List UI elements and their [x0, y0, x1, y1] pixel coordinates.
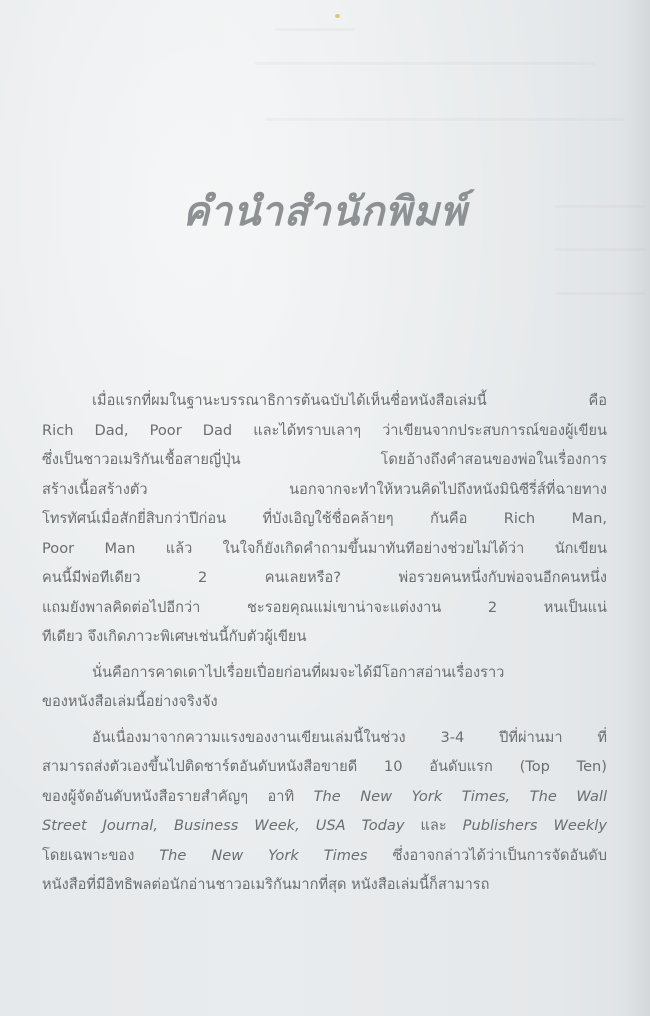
text-run: ของผู้จัดอันดับหนังสือรายสำคัญๆ อาทิ [42, 788, 314, 805]
text-run: คนนี้มีพ่อทีเดียว 2 คนเลยหรือ? พ่อรวยคนห… [42, 569, 607, 586]
text-line: สามารถส่งตัวเองขึ้นไปติดชาร์ตอันดับหนังส… [42, 752, 607, 782]
text-line: Street Journal, Business Week, USA Today… [42, 811, 607, 841]
paragraph: นั่นคือการคาดเดาไปเรื่อยเปื่อยก่อนที่ผมจ… [42, 658, 607, 717]
text-run: ของหนังสือเล่มนี้อย่างจริงจัง [42, 693, 218, 710]
text-run: โทรทัศน์เมื่อสักยี่สิบกว่าปีก่อน ที่บังเ… [42, 510, 607, 527]
text-line: ทีเดียว จึงเกิดภาวะพิเศษเช่นนี้กับตัวผู้… [42, 622, 607, 652]
text-run: ทีเดียว จึงเกิดภาวะพิเศษเช่นนี้กับตัวผู้… [42, 628, 306, 645]
text-run: แถมยังพาลคิดต่อไปอีกว่า ชะรอยคุณแม่เขาน่… [42, 599, 607, 616]
text-line: เมื่อแรกที่ผมในฐานะบรรณาธิการต้นฉบับได้เ… [42, 386, 607, 416]
text-line: โทรทัศน์เมื่อสักยี่สิบกว่าปีก่อน ที่บังเ… [42, 504, 607, 534]
italic-title-text: The New York Times, The Wall [314, 788, 607, 805]
bleed-through-mark [555, 292, 645, 295]
italic-title-text: The New York Times [159, 847, 367, 864]
text-run: เมื่อแรกที่ผมในฐานะบรรณาธิการต้นฉบับได้เ… [92, 392, 607, 409]
text-run: โดยเฉพาะของ [42, 847, 159, 864]
text-line: ซึ่งเป็นชาวอเมริกันเชื้อสายญี่ปุ่น โดยอ้… [42, 445, 607, 475]
text-run: สร้างเนื้อสร้างตัว นอกจากจะทำให้หวนคิดไป… [42, 481, 607, 498]
italic-title-text: Publishers Weekly [463, 817, 607, 834]
text-line: สร้างเนื้อสร้างตัว นอกจากจะทำให้หวนคิดไป… [42, 475, 607, 505]
paper-speck [335, 14, 340, 18]
page-title: คำนำสำนักพิมพ์ [0, 179, 650, 243]
page-edge-shadow [622, 0, 650, 1016]
text-line: หนังสือที่มีอิทธิพลต่อนักอ่านชาวอเมริกัน… [42, 870, 607, 900]
italic-title-text: Street Journal, Business Week, USA Today [42, 817, 405, 834]
bleed-through-mark [255, 62, 595, 65]
bleed-through-mark [275, 28, 355, 31]
text-run: นั่นคือการคาดเดาไปเรื่อยเปื่อยก่อนที่ผมจ… [92, 664, 504, 681]
text-run: สามารถส่งตัวเองขึ้นไปติดชาร์ตอันดับหนังส… [42, 758, 607, 775]
text-line: นั่นคือการคาดเดาไปเรื่อยเปื่อยก่อนที่ผมจ… [42, 658, 607, 688]
text-line: Rich Dad, Poor Dad และได้ทราบเลาๆ ว่าเขี… [42, 416, 607, 446]
text-line: อันเนื่องมาจากความแรงของงานเขียนเล่มนี้ใ… [42, 723, 607, 753]
text-line: ของผู้จัดอันดับหนังสือรายสำคัญๆ อาทิ The… [42, 782, 607, 812]
text-run: อันเนื่องมาจากความแรงของงานเขียนเล่มนี้ใ… [92, 729, 607, 746]
text-run: หนังสือที่มีอิทธิพลต่อนักอ่านชาวอเมริกัน… [42, 876, 489, 893]
text-line: ของหนังสือเล่มนี้อย่างจริงจัง [42, 687, 607, 717]
text-run: ซึ่งอาจกล่าวได้ว่าเป็นการจัดอันดับ [368, 847, 607, 864]
text-run: ซึ่งเป็นชาวอเมริกันเชื้อสายญี่ปุ่น โดยอ้… [42, 451, 607, 468]
text-line: แถมยังพาลคิดต่อไปอีกว่า ชะรอยคุณแม่เขาน่… [42, 593, 607, 623]
bleed-through-mark [265, 118, 625, 121]
text-line: โดยเฉพาะของ The New York Times ซึ่งอาจกล… [42, 841, 607, 871]
book-page: คำนำสำนักพิมพ์ เมื่อแรกที่ผมในฐานะบรรณาธ… [0, 0, 650, 1016]
text-run: และ [405, 817, 463, 834]
text-run: Rich Dad, Poor Dad และได้ทราบเลาๆ ว่าเขี… [42, 422, 607, 439]
text-run: Poor Man แล้ว ในใจก็ยังเกิดคำถามขึ้นมาทั… [42, 540, 607, 557]
text-line: คนนี้มีพ่อทีเดียว 2 คนเลยหรือ? พ่อรวยคนห… [42, 563, 607, 593]
text-line: Poor Man แล้ว ในใจก็ยังเกิดคำถามขึ้นมาทั… [42, 534, 607, 564]
paragraph: อันเนื่องมาจากความแรงของงานเขียนเล่มนี้ใ… [42, 723, 607, 900]
bleed-through-mark [555, 248, 645, 251]
body-text: เมื่อแรกที่ผมในฐานะบรรณาธิการต้นฉบับได้เ… [42, 386, 607, 906]
paragraph: เมื่อแรกที่ผมในฐานะบรรณาธิการต้นฉบับได้เ… [42, 386, 607, 652]
